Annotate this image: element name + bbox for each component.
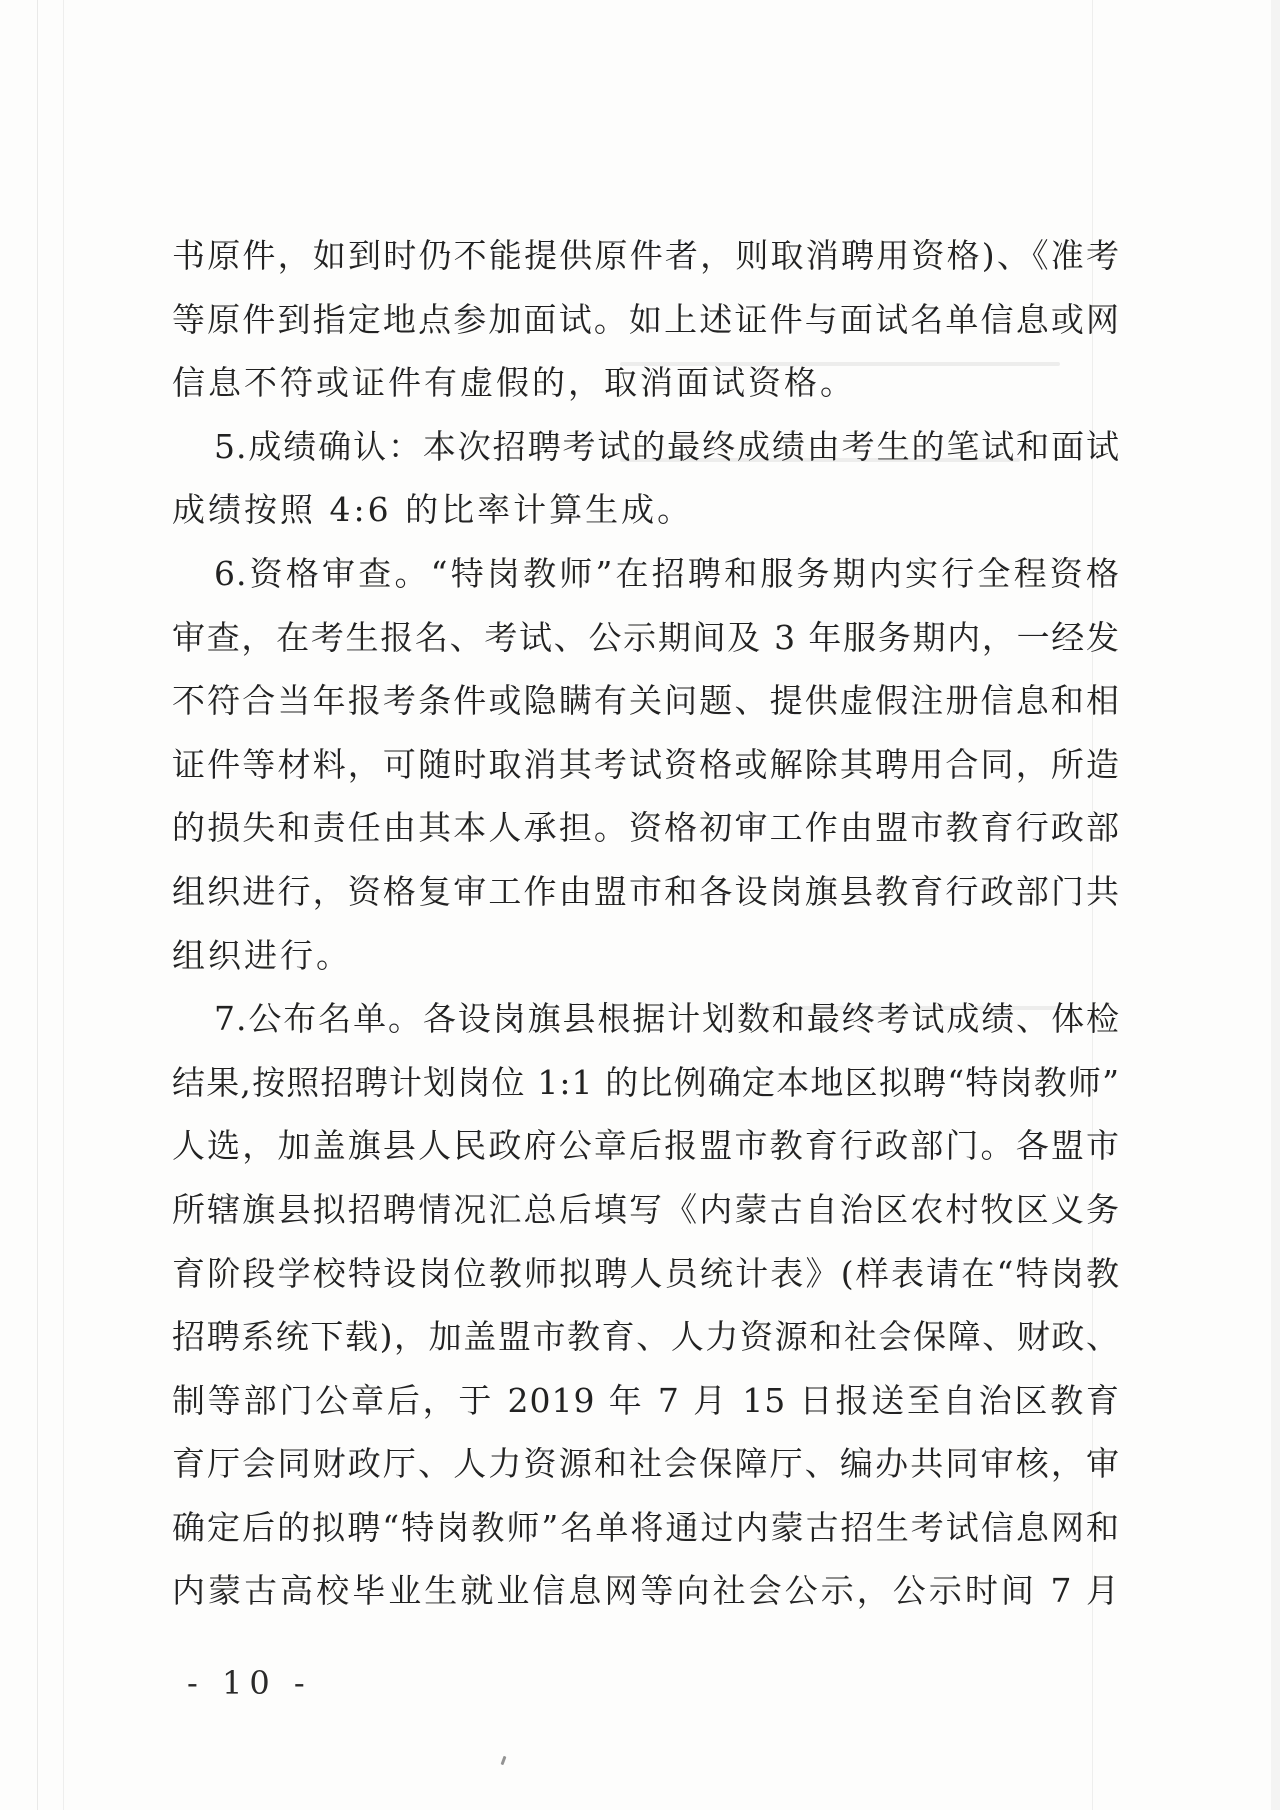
page-number: - 10 - bbox=[187, 1664, 312, 1702]
text-line: 育阶段学校特设岗位教师拟聘人员统计表》(样表请在“特岗教师” bbox=[172, 1242, 1120, 1306]
text-line: 信息不符或证件有虚假的，取消面试资格。 bbox=[172, 351, 1120, 415]
scan-artifact-line bbox=[63, 0, 64, 1810]
text-line: 结果,按照招聘计划岗位 1:1 的比例确定本地区拟聘“特岗教师” bbox=[172, 1051, 1120, 1115]
text-line: 育厅会同财政厅、人力资源和社会保障厅、编办共同审核，审核 bbox=[172, 1432, 1120, 1496]
text-line: 成绩按照 4:6 的比率计算生成。 bbox=[172, 478, 1120, 542]
text-line: 所辖旗县拟招聘情况汇总后填写《内蒙古自治区农村牧区义务教 bbox=[172, 1178, 1120, 1242]
text-line: 确定后的拟聘“特岗教师”名单将通过内蒙古招生考试信息网和 bbox=[172, 1496, 1120, 1560]
document-body: 书原件，如到时仍不能提供原件者，则取消聘用资格)、《准考证》 等原件到指定地点参… bbox=[172, 224, 1120, 1623]
text-line: 证件等材料，可随时取消其考试资格或解除其聘用合同，所造成 bbox=[172, 733, 1120, 797]
text-line: 5.成绩确认：本次招聘考试的最终成绩由考生的笔试和面试 bbox=[172, 415, 1120, 479]
text-line: 人选，加盖旗县人民政府公章后报盟市教育行政部门。各盟市将 bbox=[172, 1114, 1120, 1178]
scan-artifact-speck bbox=[501, 1756, 507, 1765]
text-line: 的损失和责任由其本人承担。资格初审工作由盟市教育行政部门 bbox=[172, 796, 1120, 860]
text-line: 6.资格审查。“特岗教师”在招聘和服务期内实行全程资格 bbox=[172, 542, 1120, 606]
scan-edge-shadow bbox=[1271, 0, 1280, 1810]
text-line: 7.公布名单。各设岗旗县根据计划数和最终考试成绩、体检 bbox=[172, 987, 1120, 1051]
text-line: 组织进行，资格复审工作由盟市和各设岗旗县教育行政部门共同 bbox=[172, 860, 1120, 924]
text-line: 组织进行。 bbox=[172, 924, 1120, 988]
text-line: 内蒙古高校毕业生就业信息网等向社会公示，公示时间 7 月 25 bbox=[172, 1559, 1120, 1623]
text-line: 审查，在考生报名、考试、公示期间及 3 年服务期内，一经发现 bbox=[172, 606, 1120, 670]
text-line: 不符合当年报考条件或隐瞒有关问题、提供虚假注册信息和相关 bbox=[172, 669, 1120, 733]
text-line: 书原件，如到时仍不能提供原件者，则取消聘用资格)、《准考证》 bbox=[172, 224, 1120, 288]
document-page: 书原件，如到时仍不能提供原件者，则取消聘用资格)、《准考证》 等原件到指定地点参… bbox=[0, 0, 1280, 1810]
text-line: 制等部门公章后，于 2019 年 7 月 15 日报送至自治区教育厅。教 bbox=[172, 1369, 1120, 1433]
text-line: 等原件到指定地点参加面试。如上述证件与面试名单信息或网报 bbox=[172, 288, 1120, 352]
scan-artifact-line bbox=[37, 0, 38, 1810]
text-line: 招聘系统下载)，加盖盟市教育、人力资源和社会保障、财政、编 bbox=[172, 1305, 1120, 1369]
